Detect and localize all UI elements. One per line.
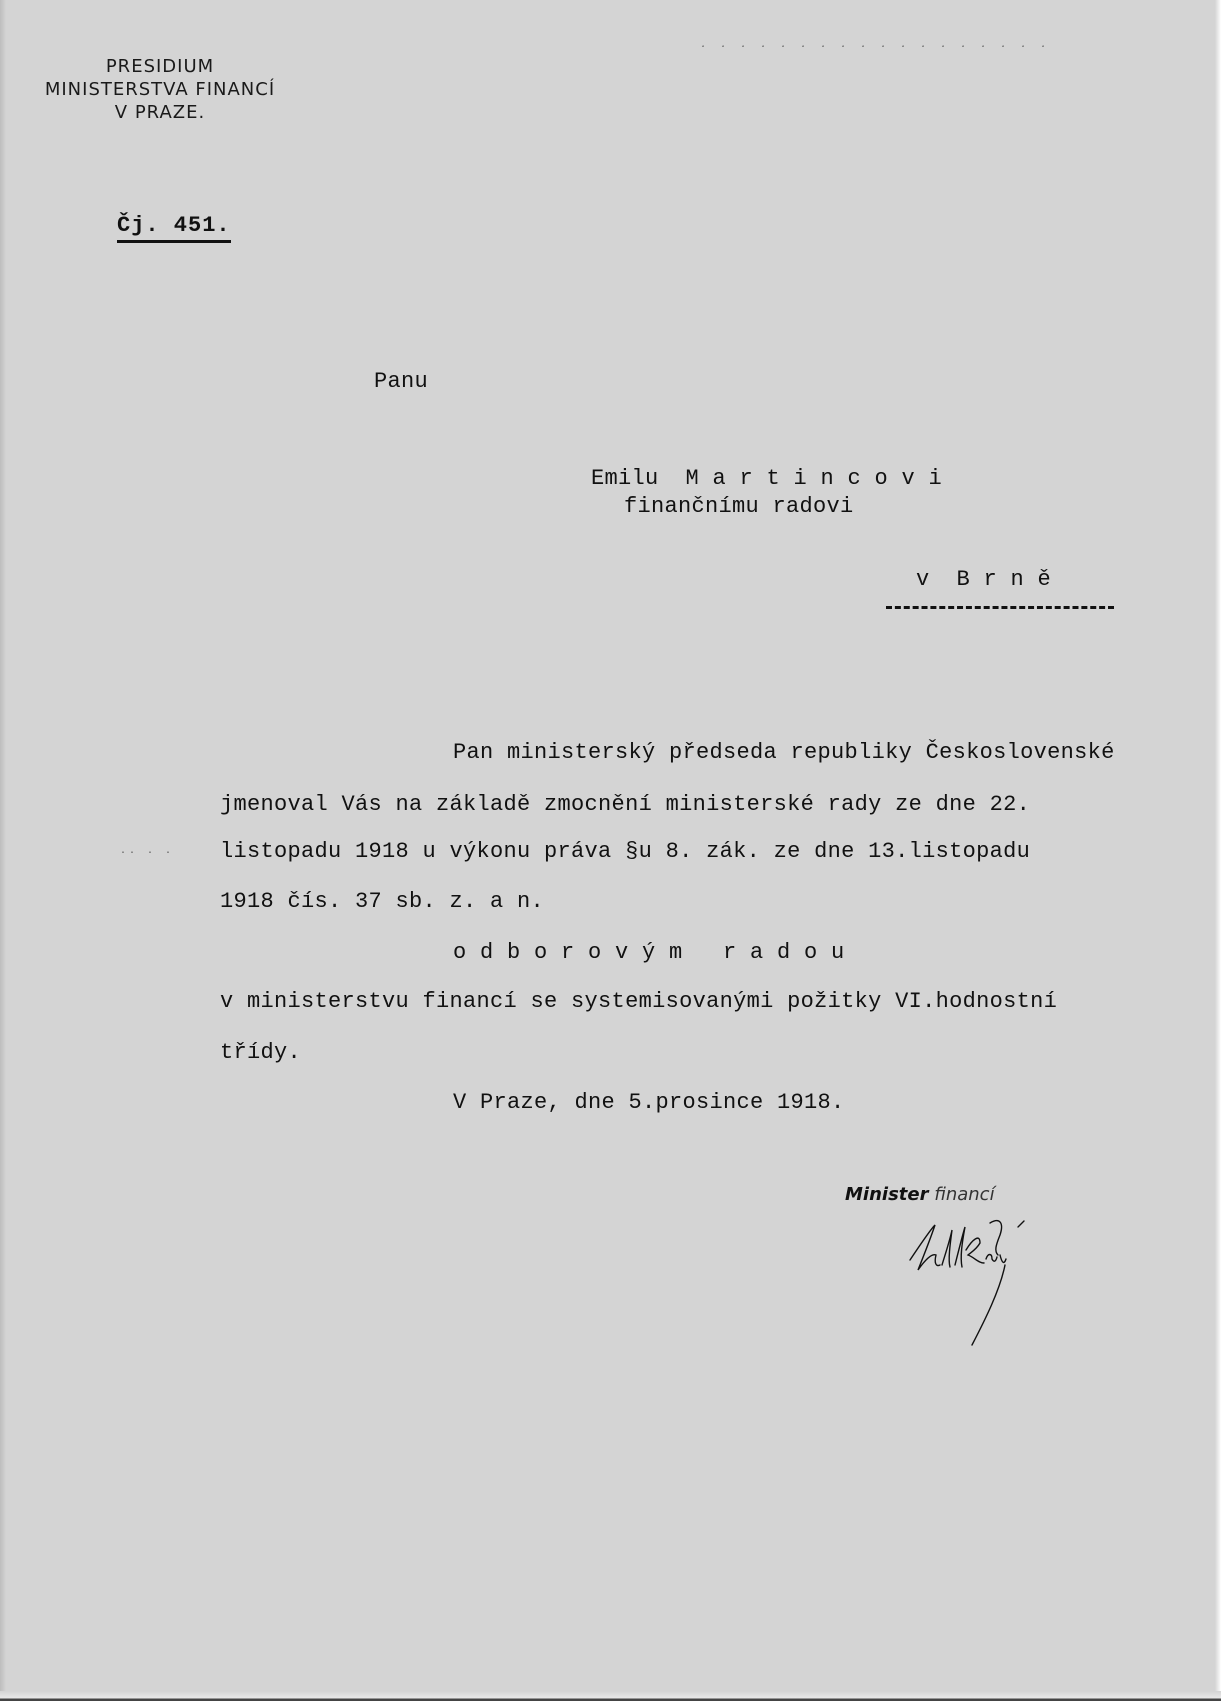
page-edge-right: [1215, 0, 1221, 1701]
signature-caption-rest: financí: [928, 1184, 994, 1205]
letterhead-line-2: MINISTERSTVA FINANCÍ: [0, 78, 320, 101]
reference-number: Čj. 451.: [117, 213, 231, 243]
place-and-date: V Praze, dne 5.prosince 1918.: [453, 1090, 845, 1116]
letterhead-line-1: PRESIDIUM: [0, 55, 320, 78]
faint-stamp-marks: · · · · · · · · · · · · · · · · · ·: [700, 42, 1050, 53]
body-line-4: 1918 čís. 37 sb. z. a n.: [220, 889, 544, 915]
body-line-6: v ministerstvu financí se systemisovaným…: [220, 989, 1057, 1015]
recipient-title: finančnímu radovi: [624, 494, 854, 520]
body-line-2: jmenoval Vás na základě zmocnění ministe…: [220, 792, 1030, 818]
recipient-city: v B r n ě: [916, 567, 1051, 593]
body-line-3: listopadu 1918 u výkonu práva §u 8. zák.…: [220, 839, 1030, 865]
body-line-1: Pan ministerský předseda republiky Česko…: [453, 740, 1115, 766]
letterhead: PRESIDIUM MINISTERSTVA FINANCÍ V PRAZE.: [0, 55, 320, 124]
body-line-7: třídy.: [220, 1040, 301, 1066]
city-underline: [886, 606, 1114, 609]
salutation: Panu: [374, 369, 428, 395]
signature-caption: Minister financí: [845, 1184, 995, 1205]
page-edge-bottom: [0, 1691, 1221, 1701]
handwritten-signature: [900, 1215, 1050, 1355]
margin-marks: ·· · ·: [120, 848, 174, 859]
body-line-appointment: o d b o r o v ý m r a d o u: [453, 940, 845, 966]
page-edge-left: [0, 0, 6, 1701]
signature-caption-bold: Minister: [845, 1184, 928, 1205]
recipient-name: Emilu M a r t i n c o v i: [591, 466, 942, 492]
letterhead-line-3: V PRAZE.: [0, 101, 320, 124]
